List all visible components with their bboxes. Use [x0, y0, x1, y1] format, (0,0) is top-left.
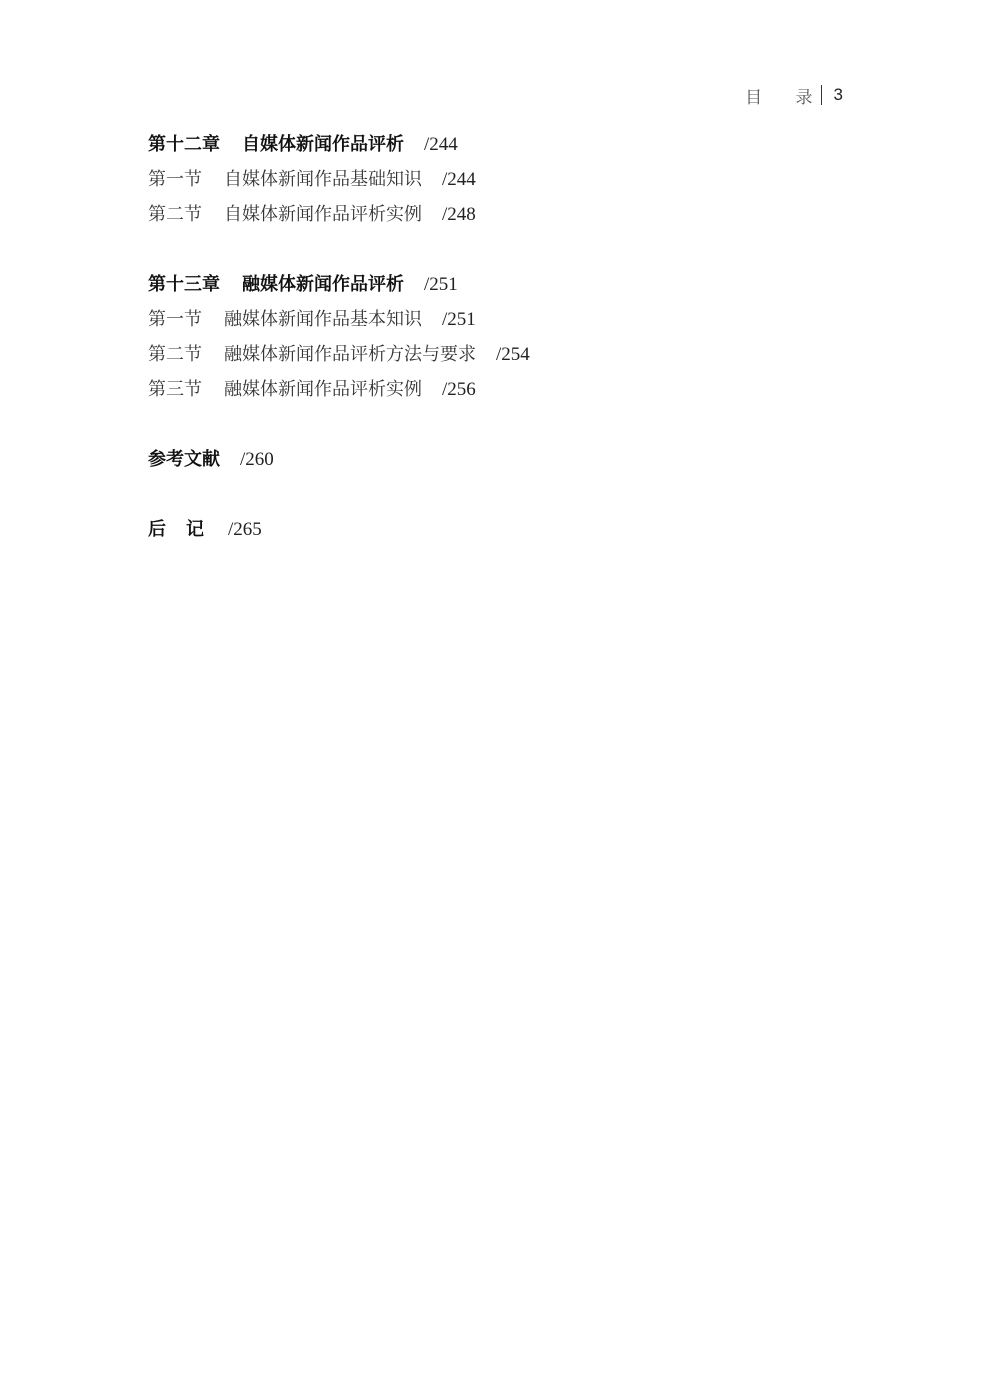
entry-page: /244: [424, 134, 458, 155]
entry-title: 融媒体新闻作品基本知识: [224, 309, 422, 330]
entry-page: /244: [442, 169, 476, 190]
entry-label: 第一节: [148, 166, 202, 194]
entry-title: 融媒体新闻作品评析方法与要求: [224, 344, 476, 365]
entry-label: 第十二章: [148, 131, 220, 159]
toc-group-references: 参考文献/260: [148, 446, 530, 481]
entry-title: 融媒体新闻作品评析: [242, 274, 404, 295]
running-header: 目 录 3: [745, 82, 843, 108]
entry-page: /260: [240, 449, 274, 470]
toc-chapter-entry[interactable]: 第十三章融媒体新闻作品评析/251: [148, 271, 530, 306]
page-number: 3: [834, 85, 843, 105]
entry-page: /248: [442, 204, 476, 225]
toc-section-entry[interactable]: 第一节自媒体新闻作品基础知识/244: [148, 166, 530, 201]
entry-page: /256: [442, 379, 476, 400]
toc-group-chapter-13: 第十三章融媒体新闻作品评析/251 第一节融媒体新闻作品基本知识/251 第二节…: [148, 271, 530, 411]
toc-references-entry[interactable]: 参考文献/260: [148, 446, 530, 481]
entry-page: /254: [496, 344, 530, 365]
entry-title: 自媒体新闻作品评析实例: [224, 204, 422, 225]
header-title: 目 录: [745, 83, 826, 108]
entry-title: 融媒体新闻作品评析实例: [224, 379, 422, 400]
entry-label: 后记: [148, 516, 224, 544]
entry-label: 参考文献: [148, 446, 220, 474]
entry-page: /265: [228, 519, 262, 540]
entry-label: 第三节: [148, 376, 202, 404]
entry-label: 第二节: [148, 201, 202, 229]
entry-page: /251: [424, 274, 458, 295]
entry-label: 第一节: [148, 306, 202, 334]
toc-section-entry[interactable]: 第二节融媒体新闻作品评析方法与要求/254: [148, 341, 530, 376]
toc-chapter-entry[interactable]: 第十二章自媒体新闻作品评析/244: [148, 131, 530, 166]
entry-title: 自媒体新闻作品基础知识: [224, 169, 422, 190]
entry-label: 第二节: [148, 341, 202, 369]
header-divider: [821, 85, 822, 105]
toc-section-entry[interactable]: 第一节融媒体新闻作品基本知识/251: [148, 306, 530, 341]
table-of-contents: 第十二章自媒体新闻作品评析/244 第一节自媒体新闻作品基础知识/244 第二节…: [148, 131, 530, 586]
entry-page: /251: [442, 309, 476, 330]
toc-afterword-entry[interactable]: 后记/265: [148, 516, 530, 551]
toc-group-chapter-12: 第十二章自媒体新闻作品评析/244 第一节自媒体新闻作品基础知识/244 第二节…: [148, 131, 530, 236]
toc-group-afterword: 后记/265: [148, 516, 530, 551]
toc-section-entry[interactable]: 第二节自媒体新闻作品评析实例/248: [148, 201, 530, 236]
toc-section-entry[interactable]: 第三节融媒体新闻作品评析实例/256: [148, 376, 530, 411]
entry-label: 第十三章: [148, 271, 220, 299]
entry-title: 自媒体新闻作品评析: [242, 134, 404, 155]
